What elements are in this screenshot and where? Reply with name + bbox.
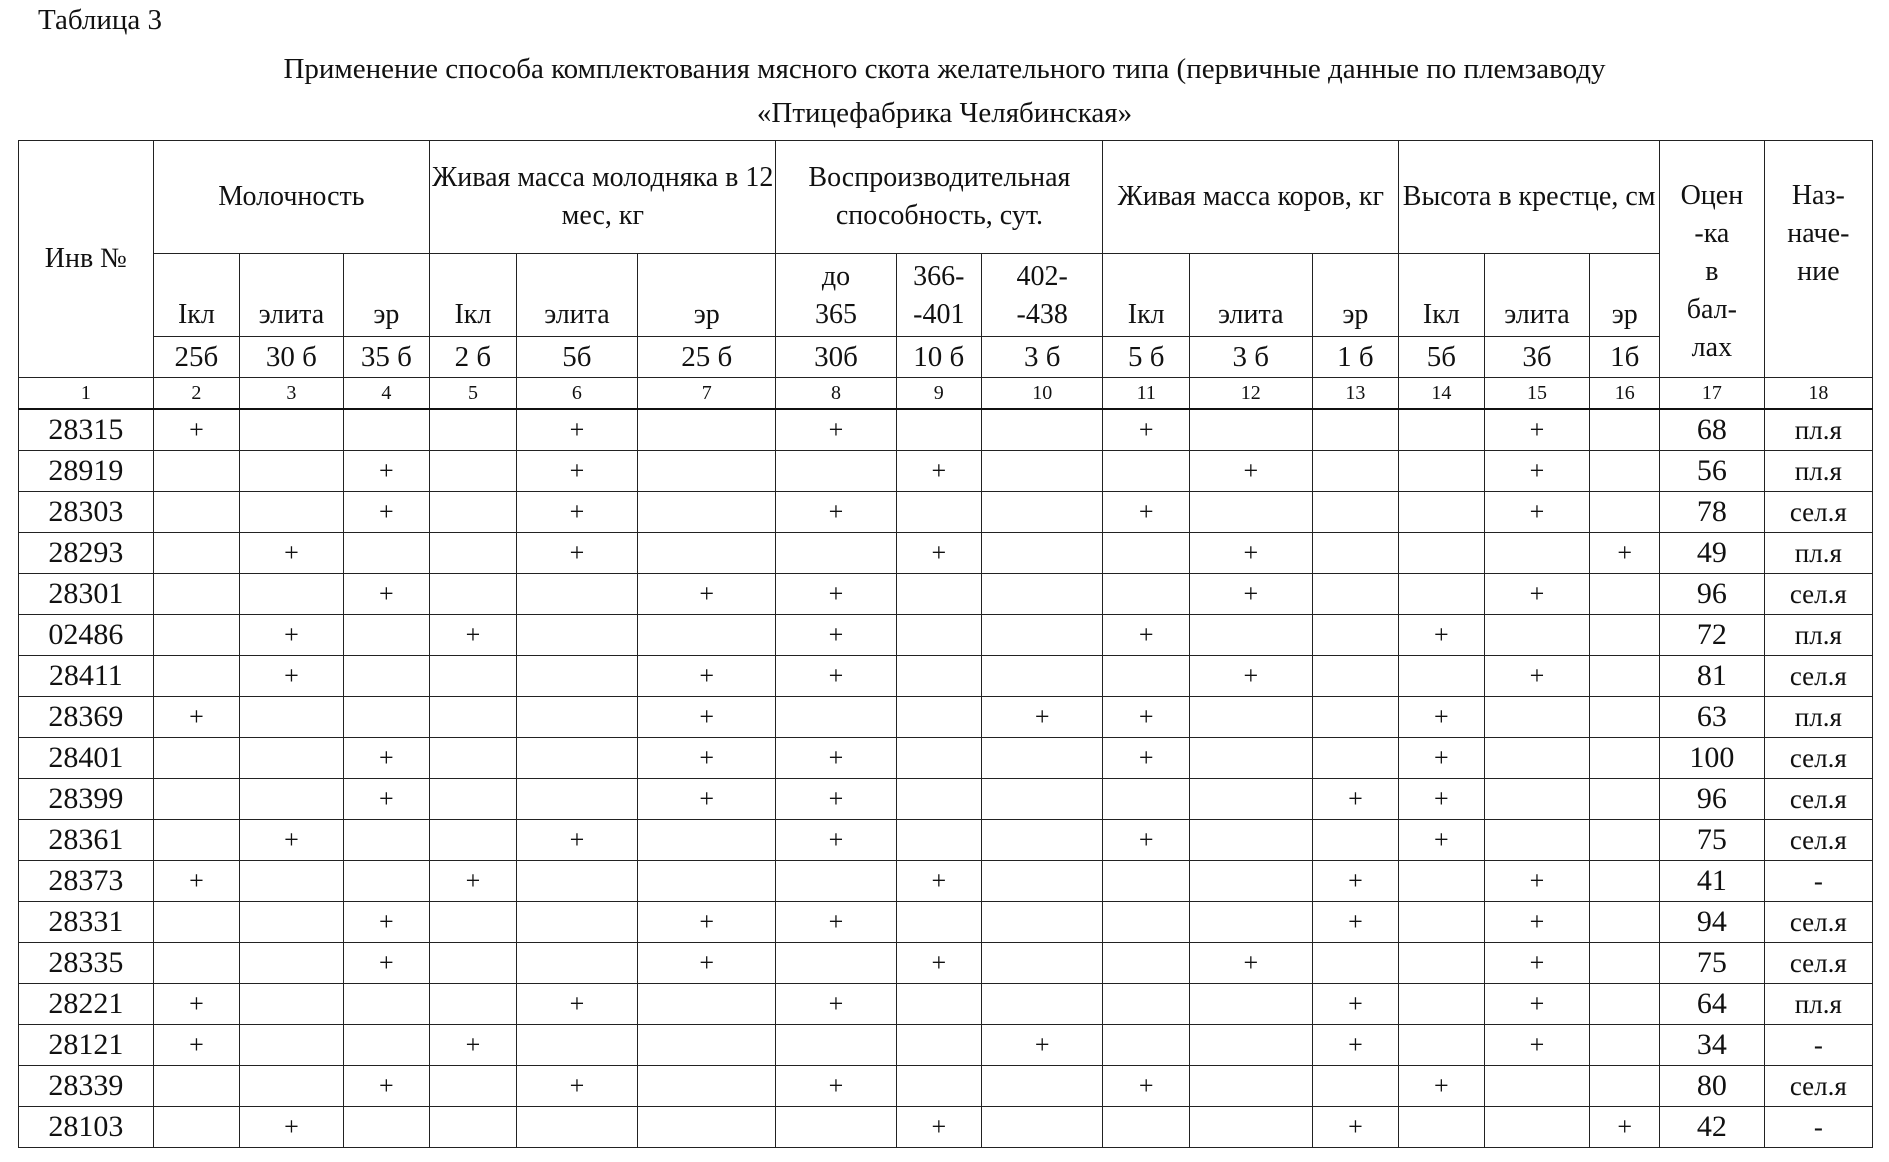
subcolumn-header: эр: [1590, 254, 1660, 337]
subcolumn-header: Ікл: [1399, 254, 1484, 337]
empty-cell: [153, 943, 240, 984]
column-number: 14: [1399, 378, 1484, 410]
empty-cell: [153, 574, 240, 615]
empty-cell: [240, 861, 343, 902]
column-number: 2: [153, 378, 240, 410]
check-mark: +: [1312, 861, 1399, 902]
empty-cell: [430, 574, 517, 615]
check-mark: +: [516, 409, 637, 451]
score-value: 34: [1660, 1025, 1765, 1066]
table-row: 28221+++++64пл.я: [19, 984, 1873, 1025]
purpose-value: -: [1764, 1107, 1872, 1148]
inv-number: 28121: [19, 1025, 154, 1066]
check-mark: +: [430, 1025, 517, 1066]
inv-number: 28103: [19, 1107, 154, 1148]
subcolumn-header: Ікл: [1103, 254, 1190, 337]
inv-number: 28919: [19, 451, 154, 492]
empty-cell: [516, 738, 637, 779]
column-number: 9: [896, 378, 981, 410]
inv-number: 28401: [19, 738, 154, 779]
empty-cell: [1103, 902, 1190, 943]
empty-cell: [430, 738, 517, 779]
empty-cell: [1312, 1066, 1399, 1107]
check-mark: +: [638, 738, 776, 779]
check-mark: +: [896, 451, 981, 492]
empty-cell: [776, 1107, 896, 1148]
empty-cell: [240, 697, 343, 738]
table-row: 28331+++++94сел.я: [19, 902, 1873, 943]
empty-cell: [343, 533, 430, 574]
column-number: 11: [1103, 378, 1190, 410]
empty-cell: [896, 574, 981, 615]
check-mark: +: [1399, 820, 1484, 861]
empty-cell: [240, 574, 343, 615]
subcolumn-header: Ікл: [153, 254, 240, 337]
empty-cell: [516, 1107, 637, 1148]
empty-cell: [896, 820, 981, 861]
check-mark: +: [1484, 984, 1590, 1025]
check-mark: +: [776, 984, 896, 1025]
score-value: 68: [1660, 409, 1765, 451]
table-row: 02486+++++72пл.я: [19, 615, 1873, 656]
empty-cell: [776, 697, 896, 738]
points-value: 10 б: [896, 337, 981, 378]
subcolumn-header: эр: [638, 254, 776, 337]
empty-cell: [240, 451, 343, 492]
subcolumn-header: элита: [1484, 254, 1590, 337]
check-mark: +: [638, 574, 776, 615]
empty-cell: [516, 779, 637, 820]
check-mark: +: [1103, 820, 1190, 861]
empty-cell: [430, 1066, 517, 1107]
check-mark: +: [776, 738, 896, 779]
empty-cell: [638, 820, 776, 861]
inv-number: 28373: [19, 861, 154, 902]
empty-cell: [896, 656, 981, 697]
empty-cell: [1399, 943, 1484, 984]
check-mark: +: [1590, 533, 1660, 574]
table-row: 28315+++++68пл.я: [19, 409, 1873, 451]
empty-cell: [343, 656, 430, 697]
table-row: 28339+++++80сел.я: [19, 1066, 1873, 1107]
empty-cell: [638, 533, 776, 574]
check-mark: +: [153, 1025, 240, 1066]
check-mark: +: [1484, 1025, 1590, 1066]
column-number: 15: [1484, 378, 1590, 410]
empty-cell: [153, 820, 240, 861]
inv-number: 28301: [19, 574, 154, 615]
points-value: 1б: [1590, 337, 1660, 378]
check-mark: +: [343, 779, 430, 820]
score-value: 78: [1660, 492, 1765, 533]
empty-cell: [776, 451, 896, 492]
check-mark: +: [776, 820, 896, 861]
purpose-value: -: [1764, 861, 1872, 902]
empty-cell: [430, 779, 517, 820]
empty-cell: [1590, 943, 1660, 984]
empty-cell: [981, 861, 1102, 902]
table-row: 28293+++++49пл.я: [19, 533, 1873, 574]
check-mark: +: [638, 779, 776, 820]
empty-cell: [1189, 1025, 1312, 1066]
empty-cell: [1103, 656, 1190, 697]
score-value: 75: [1660, 820, 1765, 861]
empty-cell: [1189, 779, 1312, 820]
check-mark: +: [896, 861, 981, 902]
check-mark: +: [1312, 779, 1399, 820]
group-header: Живая масса молодняка в 12 мес, кг: [430, 141, 776, 254]
score-value: 75: [1660, 943, 1765, 984]
check-mark: +: [638, 656, 776, 697]
empty-cell: [981, 820, 1102, 861]
group-header: Живая масса коров, кг: [1103, 141, 1399, 254]
purpose-value: пл.я: [1764, 615, 1872, 656]
empty-cell: [1484, 1066, 1590, 1107]
check-mark: +: [343, 574, 430, 615]
check-mark: +: [1399, 738, 1484, 779]
empty-cell: [638, 615, 776, 656]
inv-number: 28331: [19, 902, 154, 943]
column-number: 5: [430, 378, 517, 410]
check-mark: +: [430, 615, 517, 656]
purpose-value: пл.я: [1764, 984, 1872, 1025]
check-mark: +: [1484, 574, 1590, 615]
empty-cell: [343, 1107, 430, 1148]
empty-cell: [1312, 943, 1399, 984]
check-mark: +: [776, 492, 896, 533]
check-mark: +: [1189, 943, 1312, 984]
empty-cell: [1103, 1107, 1190, 1148]
check-mark: +: [343, 738, 430, 779]
empty-cell: [896, 409, 981, 451]
points-value: 5б: [1399, 337, 1484, 378]
check-mark: +: [1312, 902, 1399, 943]
empty-cell: [1590, 615, 1660, 656]
empty-cell: [981, 615, 1102, 656]
empty-cell: [1484, 533, 1590, 574]
check-mark: +: [240, 1107, 343, 1148]
empty-cell: [981, 984, 1102, 1025]
table-row: 28373+++++41-: [19, 861, 1873, 902]
check-mark: +: [153, 409, 240, 451]
check-mark: +: [1189, 574, 1312, 615]
check-mark: +: [1484, 902, 1590, 943]
check-mark: +: [153, 697, 240, 738]
check-mark: +: [1103, 492, 1190, 533]
empty-cell: [1484, 1107, 1590, 1148]
check-mark: +: [516, 820, 637, 861]
empty-cell: [153, 738, 240, 779]
table-row: 28411+++++81сел.я: [19, 656, 1873, 697]
table-row: 28401+++++100сел.я: [19, 738, 1873, 779]
score-value: 81: [1660, 656, 1765, 697]
purpose-value: пл.я: [1764, 697, 1872, 738]
check-mark: +: [343, 451, 430, 492]
empty-cell: [981, 451, 1102, 492]
empty-cell: [1312, 615, 1399, 656]
purpose-value: сел.я: [1764, 902, 1872, 943]
points-value: 30б: [776, 337, 896, 378]
empty-cell: [638, 1025, 776, 1066]
empty-cell: [981, 574, 1102, 615]
empty-cell: [153, 1066, 240, 1107]
empty-cell: [1590, 574, 1660, 615]
check-mark: +: [776, 409, 896, 451]
empty-cell: [1590, 492, 1660, 533]
check-mark: +: [1189, 656, 1312, 697]
empty-cell: [516, 861, 637, 902]
points-value: 3б: [1484, 337, 1590, 378]
scoring-table: Инв № МолочностьЖивая масса молодняка в …: [18, 140, 1873, 1148]
inv-number: 28411: [19, 656, 154, 697]
points-value: 1 б: [1312, 337, 1399, 378]
empty-cell: [1399, 984, 1484, 1025]
empty-cell: [240, 1025, 343, 1066]
empty-cell: [1189, 820, 1312, 861]
inv-number: 28361: [19, 820, 154, 861]
empty-cell: [1590, 984, 1660, 1025]
points-value: 5 б: [1103, 337, 1190, 378]
check-mark: +: [776, 902, 896, 943]
empty-cell: [1189, 492, 1312, 533]
purpose-value: сел.я: [1764, 574, 1872, 615]
check-mark: +: [240, 656, 343, 697]
check-mark: +: [1312, 1107, 1399, 1148]
check-mark: +: [1399, 697, 1484, 738]
check-mark: +: [776, 779, 896, 820]
empty-cell: [240, 492, 343, 533]
check-mark: +: [1103, 409, 1190, 451]
empty-cell: [1189, 861, 1312, 902]
empty-cell: [1189, 1066, 1312, 1107]
table-row: 28121+++++34-: [19, 1025, 1873, 1066]
points-value: 25 б: [638, 337, 776, 378]
empty-cell: [981, 1066, 1102, 1107]
points-value: 2 б: [430, 337, 517, 378]
score-value: 42: [1660, 1107, 1765, 1148]
subcolumn-header: 402--438: [981, 254, 1102, 337]
empty-cell: [776, 533, 896, 574]
empty-cell: [1590, 779, 1660, 820]
score-header: Оцен-кавбал-лах: [1660, 141, 1765, 378]
empty-cell: [776, 861, 896, 902]
check-mark: +: [776, 615, 896, 656]
check-mark: +: [240, 820, 343, 861]
empty-cell: [981, 533, 1102, 574]
empty-cell: [430, 820, 517, 861]
empty-cell: [430, 451, 517, 492]
empty-cell: [153, 492, 240, 533]
column-number: 8: [776, 378, 896, 410]
check-mark: +: [776, 656, 896, 697]
check-mark: +: [1103, 1066, 1190, 1107]
empty-cell: [896, 738, 981, 779]
inv-number: 28369: [19, 697, 154, 738]
purpose-header: Наз-наче-ние: [1764, 141, 1872, 378]
score-value: 41: [1660, 861, 1765, 902]
check-mark: +: [153, 984, 240, 1025]
empty-cell: [1103, 451, 1190, 492]
empty-cell: [1312, 656, 1399, 697]
empty-cell: [516, 697, 637, 738]
empty-cell: [981, 779, 1102, 820]
empty-cell: [776, 1025, 896, 1066]
empty-cell: [1590, 820, 1660, 861]
empty-cell: [1399, 574, 1484, 615]
empty-cell: [1312, 451, 1399, 492]
empty-cell: [638, 409, 776, 451]
check-mark: +: [430, 861, 517, 902]
empty-cell: [638, 1107, 776, 1148]
empty-cell: [1399, 861, 1484, 902]
empty-cell: [981, 902, 1102, 943]
empty-cell: [1399, 492, 1484, 533]
score-value: 72: [1660, 615, 1765, 656]
empty-cell: [1189, 409, 1312, 451]
empty-cell: [153, 902, 240, 943]
column-number: 1: [19, 378, 154, 410]
column-number: 4: [343, 378, 430, 410]
purpose-value: сел.я: [1764, 656, 1872, 697]
empty-cell: [343, 820, 430, 861]
check-mark: +: [153, 861, 240, 902]
empty-cell: [1590, 409, 1660, 451]
inv-number: 28339: [19, 1066, 154, 1107]
check-mark: +: [240, 533, 343, 574]
table-caption: Таблица 3: [38, 4, 162, 37]
check-mark: +: [896, 1107, 981, 1148]
column-number: 6: [516, 378, 637, 410]
empty-cell: [896, 1066, 981, 1107]
check-mark: +: [343, 1066, 430, 1107]
subcolumn-header: элита: [240, 254, 343, 337]
empty-cell: [981, 738, 1102, 779]
empty-cell: [430, 409, 517, 451]
empty-cell: [430, 984, 517, 1025]
subcolumn-header: эр: [1312, 254, 1399, 337]
empty-cell: [1399, 902, 1484, 943]
check-mark: +: [343, 492, 430, 533]
check-mark: +: [1189, 533, 1312, 574]
points-value: 3 б: [981, 337, 1102, 378]
score-value: 96: [1660, 574, 1765, 615]
empty-cell: [1103, 533, 1190, 574]
check-mark: +: [1103, 697, 1190, 738]
table-title-line-2: «Птицефабрика Челябинская»: [0, 92, 1889, 134]
empty-cell: [638, 861, 776, 902]
table-row: 28335+++++75сел.я: [19, 943, 1873, 984]
check-mark: +: [1484, 409, 1590, 451]
empty-cell: [516, 1025, 637, 1066]
empty-cell: [981, 943, 1102, 984]
subcolumn-header: эр: [343, 254, 430, 337]
empty-cell: [153, 533, 240, 574]
empty-cell: [1484, 779, 1590, 820]
empty-cell: [1189, 984, 1312, 1025]
empty-cell: [1484, 738, 1590, 779]
empty-cell: [981, 656, 1102, 697]
check-mark: +: [981, 1025, 1102, 1066]
check-mark: +: [516, 1066, 637, 1107]
check-mark: +: [981, 697, 1102, 738]
check-mark: +: [638, 697, 776, 738]
empty-cell: [1590, 861, 1660, 902]
empty-cell: [153, 615, 240, 656]
purpose-value: сел.я: [1764, 492, 1872, 533]
empty-cell: [638, 1066, 776, 1107]
empty-cell: [430, 656, 517, 697]
table-row: 28399+++++96сел.я: [19, 779, 1873, 820]
points-value: 35 б: [343, 337, 430, 378]
points-value: 3 б: [1189, 337, 1312, 378]
group-header: Высота в крестце, см: [1399, 141, 1660, 254]
score-value: 49: [1660, 533, 1765, 574]
empty-cell: [1484, 820, 1590, 861]
empty-cell: [516, 902, 637, 943]
check-mark: +: [1484, 451, 1590, 492]
empty-cell: [343, 615, 430, 656]
empty-cell: [638, 451, 776, 492]
empty-cell: [896, 984, 981, 1025]
points-value: 30 б: [240, 337, 343, 378]
empty-cell: [1103, 1025, 1190, 1066]
check-mark: +: [1484, 656, 1590, 697]
check-mark: +: [1103, 738, 1190, 779]
empty-cell: [153, 1107, 240, 1148]
empty-cell: [1189, 615, 1312, 656]
inv-number: 28335: [19, 943, 154, 984]
empty-cell: [1103, 861, 1190, 902]
score-value: 63: [1660, 697, 1765, 738]
score-value: 64: [1660, 984, 1765, 1025]
empty-cell: [1312, 492, 1399, 533]
empty-cell: [1590, 1025, 1660, 1066]
empty-cell: [240, 984, 343, 1025]
empty-cell: [896, 615, 981, 656]
points-value: 25б: [153, 337, 240, 378]
empty-cell: [1103, 574, 1190, 615]
table-row: 28103++++42-: [19, 1107, 1873, 1148]
score-value: 94: [1660, 902, 1765, 943]
check-mark: +: [776, 1066, 896, 1107]
check-mark: +: [1312, 1025, 1399, 1066]
inv-number: 28293: [19, 533, 154, 574]
inv-number-header: Инв №: [19, 141, 154, 378]
check-mark: +: [516, 984, 637, 1025]
empty-cell: [1590, 902, 1660, 943]
column-number: 17: [1660, 378, 1765, 410]
score-value: 56: [1660, 451, 1765, 492]
empty-cell: [1399, 656, 1484, 697]
empty-cell: [343, 984, 430, 1025]
table-row: 28919+++++56пл.я: [19, 451, 1873, 492]
inv-number: 28303: [19, 492, 154, 533]
empty-cell: [430, 1107, 517, 1148]
empty-cell: [1312, 574, 1399, 615]
empty-cell: [240, 1066, 343, 1107]
group-header: Воспроизводительная способность, сут.: [776, 141, 1103, 254]
subcolumn-header: элита: [1189, 254, 1312, 337]
empty-cell: [343, 697, 430, 738]
empty-cell: [981, 492, 1102, 533]
score-value: 80: [1660, 1066, 1765, 1107]
empty-cell: [896, 902, 981, 943]
empty-cell: [1590, 1066, 1660, 1107]
check-mark: +: [516, 533, 637, 574]
group-header: Молочность: [153, 141, 430, 254]
empty-cell: [1312, 820, 1399, 861]
check-mark: +: [1399, 1066, 1484, 1107]
